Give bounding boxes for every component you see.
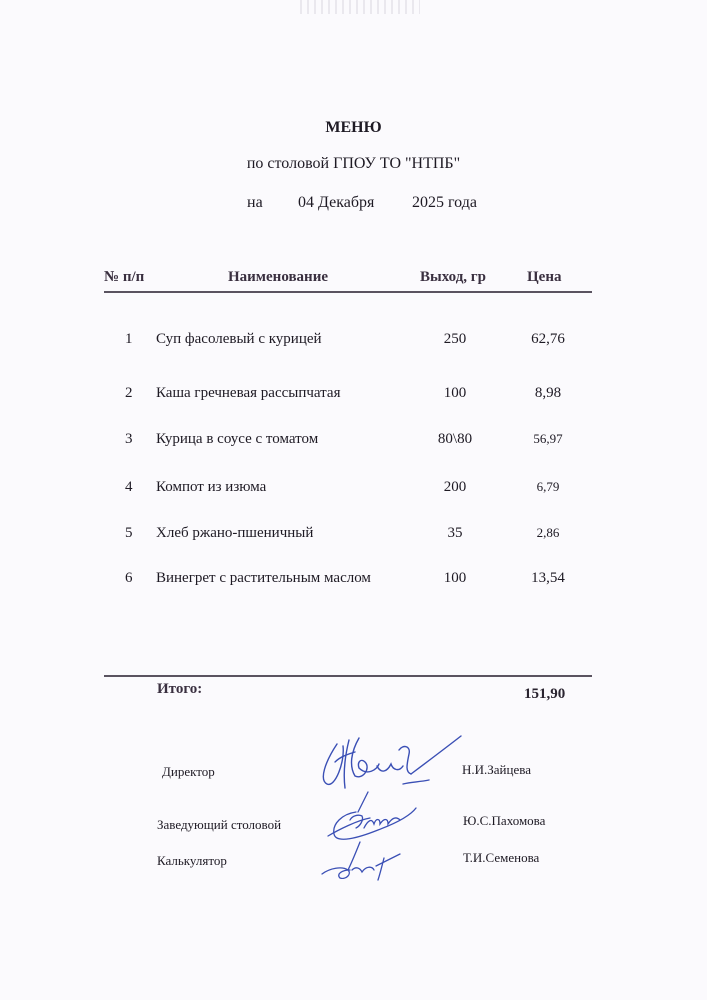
row-price: 62,76 [510,331,586,348]
document-title: МЕНЮ [0,119,707,137]
scan-artifact [300,0,420,14]
row-output: 80\80 [420,431,490,448]
row-number: 2 [125,385,133,402]
table-row: 3 Курица в соусе с томатом 80\80 56,97 [0,431,707,451]
row-price: 13,54 [510,570,586,587]
table-row: 5 Хлеб ржано-пшеничный 35 2,86 [0,525,707,545]
header-number: № п/п [104,269,144,286]
row-name: Хлеб ржано-пшеничный [156,525,313,542]
header-price: Цена [527,269,561,286]
row-number: 4 [125,479,133,496]
signature-name-director: Н.И.Зайцева [462,762,531,778]
total-label: Итого: [157,681,202,698]
signature-role-calculator: Калькулятор [157,853,227,869]
row-price: 8,98 [510,385,586,402]
header-name: Наименование [228,269,328,286]
row-number: 1 [125,331,133,348]
signature-name-calculator: Т.И.Семенова [463,850,539,866]
row-number: 6 [125,570,133,587]
director-signature-icon [315,732,465,792]
row-output: 35 [420,525,490,542]
row-name: Каша гречневая рассыпчатая [156,385,340,402]
menu-document: МЕНЮ по столовой ГПОУ ТО "НТПБ" на 04 Де… [0,0,707,1000]
header-divider [104,291,592,293]
signature-role-canteen-head: Заведующий столовой [157,817,281,833]
table-row: 4 Компот из изюма 200 6,79 [0,479,707,499]
row-name: Курица в соусе с томатом [156,431,318,448]
signature-name-canteen-head: Ю.С.Пахомова [463,813,545,829]
date-day: 04 Декабря [298,194,374,212]
row-output: 100 [420,570,490,587]
row-name: Винегрет с растительным маслом [156,570,371,587]
table-row: 2 Каша гречневая рассыпчатая 100 8,98 [0,385,707,405]
table-row: 1 Суп фасолевый с курицей 250 62,76 [0,331,707,351]
row-output: 250 [420,331,490,348]
row-number: 3 [125,431,133,448]
document-subtitle: по столовой ГПОУ ТО "НТПБ" [0,155,707,173]
row-output: 100 [420,385,490,402]
row-output: 200 [420,479,490,496]
calculator-signature-icon [318,840,418,884]
canteen-head-signature-icon [318,790,428,846]
row-name: Компот из изюма [156,479,266,496]
signature-role-director: Директор [162,764,215,780]
row-price: 2,86 [510,525,586,541]
total-value: 151,90 [524,686,565,703]
row-price: 6,79 [510,479,586,495]
row-price: 56,97 [510,431,586,447]
row-number: 5 [125,525,133,542]
header-output: Выход, гр [420,269,486,286]
date-year: 2025 года [412,194,477,212]
row-name: Суп фасолевый с курицей [156,331,322,348]
table-row: 6 Винегрет с растительным маслом 100 13,… [0,570,707,590]
total-divider [104,675,592,677]
date-prefix: на [247,194,263,212]
